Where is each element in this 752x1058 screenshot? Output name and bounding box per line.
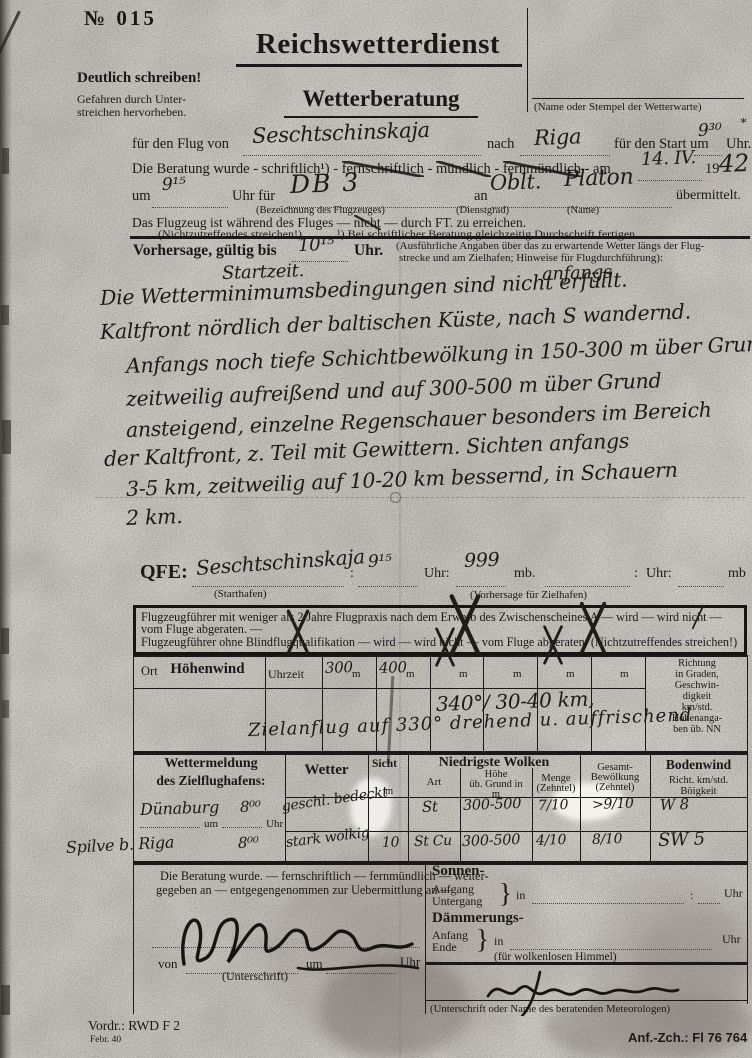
qfe-label: QFE: bbox=[140, 561, 188, 584]
form-number: № 015 bbox=[84, 6, 157, 31]
wind-value: SW 5 bbox=[658, 828, 706, 851]
unit-m-label: m bbox=[620, 668, 629, 680]
dotted-entry-line bbox=[532, 902, 684, 904]
um-label: um bbox=[204, 818, 218, 830]
qfe-start-caption: (Starthafen) bbox=[214, 588, 267, 600]
scan-artifact bbox=[2, 420, 11, 454]
strike-x-mark bbox=[540, 624, 566, 666]
aircraft-value: DB 3 bbox=[289, 168, 360, 199]
art-value: St bbox=[422, 797, 438, 816]
wettermeldung-header: des Zielflughafens: bbox=[143, 773, 279, 789]
hoehenwind-uhrzeit-header: Uhrzeit bbox=[268, 667, 304, 682]
brace-glyph: } bbox=[476, 924, 489, 955]
uhr-label: Uhr bbox=[722, 932, 741, 947]
print-code: Anf.-Zch.: Fl 76 764 bbox=[628, 1030, 747, 1045]
unit-m-label: m bbox=[566, 668, 575, 680]
unit-m-label: m bbox=[352, 668, 361, 680]
dotted-entry-line bbox=[192, 585, 344, 587]
flight-from-label: für den Flug von bbox=[132, 136, 229, 153]
start-time-value: 9³⁰ bbox=[698, 120, 722, 141]
station-stamp-caption: (Name oder Stempel der Wetterwarte) bbox=[534, 101, 702, 113]
table-border-thick bbox=[133, 751, 748, 755]
richtung-header: digkeit bbox=[648, 691, 746, 702]
wettermeldung-header: Wettermeldung bbox=[143, 756, 279, 772]
dotted-entry-line bbox=[456, 585, 506, 587]
underline-hint: streichen hervorheben. bbox=[77, 105, 186, 120]
in-label: in bbox=[516, 888, 525, 903]
uhr-label: Uhr bbox=[266, 818, 283, 830]
menge-value: 4/10 bbox=[536, 832, 567, 849]
unit-m-label: m bbox=[406, 668, 415, 680]
uebermittelt-label: übermittelt. bbox=[676, 188, 741, 204]
strike-slash-mark bbox=[690, 604, 706, 630]
time-value: 8⁰⁰ bbox=[238, 833, 259, 852]
unit-m-label: m bbox=[459, 668, 468, 680]
table-border bbox=[133, 655, 748, 657]
forecast-caption: (Ausführliche Angaben über das zu erwart… bbox=[396, 240, 704, 252]
dotted-entry-line bbox=[140, 826, 200, 828]
brace-glyph: } bbox=[499, 878, 512, 909]
table-border bbox=[425, 1000, 748, 1001]
table-vline bbox=[645, 655, 646, 751]
qfe-time-value: 9¹⁵ bbox=[368, 551, 392, 572]
scan-artifact bbox=[1, 305, 9, 325]
option-muendlich: mündlich bbox=[436, 161, 491, 177]
meteorologist-caption: (Unterschrift oder Name des beratenden M… bbox=[430, 1003, 670, 1015]
bodenwind-header: Bodenwind bbox=[650, 757, 747, 773]
art-value: St Cu bbox=[414, 833, 452, 850]
uhr-fuer-label: Uhr für bbox=[232, 188, 275, 205]
richtung-header: Geschwin- bbox=[648, 680, 746, 691]
flight-to-label: nach bbox=[487, 136, 514, 153]
year-prefix: 19 bbox=[705, 161, 720, 178]
valid-until-value: 10¹⁵ bbox=[298, 234, 335, 256]
richtung-header: Richtung bbox=[648, 658, 746, 669]
sunset-label: Untergang bbox=[432, 894, 482, 909]
forecast-caption: strecke und am Zielhafen; Hinweise für F… bbox=[399, 252, 663, 264]
dotted-entry-line bbox=[510, 948, 712, 950]
qfe-uhr2-label: Uhr: bbox=[646, 566, 672, 582]
page-subtitle: Wetterberatung bbox=[276, 86, 486, 112]
briefing-date-value: 14. IV. bbox=[641, 147, 697, 170]
dotted-entry-line bbox=[243, 154, 481, 156]
altitude-value: 300 bbox=[325, 658, 353, 677]
sicht-value: 10 bbox=[382, 834, 400, 851]
qfe-station-value: Seschtschinskaja bbox=[195, 544, 365, 580]
flight-to-value: Riga bbox=[534, 124, 582, 150]
unit-m-label: m bbox=[513, 668, 522, 680]
name-caption: (Name) bbox=[567, 205, 599, 216]
dotted-entry-line bbox=[152, 206, 228, 208]
beratung-forward-line: gegeben an — entgegengenommen zur Ueberm… bbox=[156, 883, 453, 898]
station-value: Spilve b. Riga bbox=[66, 832, 175, 857]
uhr-label: Uhr bbox=[724, 886, 743, 901]
forecast-label: Vorhersage, gültig bis bbox=[133, 242, 277, 260]
dash: - bbox=[427, 161, 432, 177]
wetter-value: stark wolkig bbox=[285, 825, 370, 851]
table-vline bbox=[133, 655, 134, 751]
colon: : bbox=[634, 566, 638, 582]
page-title: Reichswetterdienst bbox=[228, 28, 528, 61]
table-vline bbox=[747, 754, 748, 862]
sicht-header: Sicht bbox=[372, 758, 397, 770]
scan-artifact bbox=[2, 700, 9, 718]
dotted-entry-line bbox=[698, 902, 720, 904]
hoehenwind-title: Höhenwind bbox=[150, 661, 265, 678]
scan-artifact bbox=[1, 985, 10, 1015]
time-value: 8⁰⁰ bbox=[240, 797, 261, 816]
hoehe-value: 300-500 bbox=[463, 796, 522, 814]
in-label: in bbox=[494, 934, 503, 949]
form-date: Febr. 40 bbox=[90, 1035, 121, 1045]
table-vline bbox=[376, 655, 377, 751]
strike-x-mark bbox=[578, 600, 608, 656]
dotted-entry-line bbox=[545, 585, 630, 587]
station-caption-line bbox=[532, 98, 744, 99]
table-vline bbox=[368, 754, 369, 862]
strike-x-mark bbox=[285, 608, 311, 656]
year-value: 42 bbox=[719, 149, 750, 178]
asterisk-mark: * bbox=[740, 116, 747, 132]
qfe-target-caption: (Vorhersage für Zielhafen) bbox=[470, 589, 587, 601]
hoehe-value: 300-500 bbox=[462, 832, 521, 850]
name-value: Platon bbox=[564, 165, 634, 192]
table-border-thick bbox=[425, 962, 748, 965]
form-reference: Vordr.: RWD F 2 bbox=[88, 1018, 180, 1034]
table-vline bbox=[747, 655, 748, 751]
gesamt-header: (Zehntel) bbox=[580, 782, 650, 793]
fold-crease-hole bbox=[390, 492, 401, 503]
qfe-mb-label: mb. bbox=[514, 566, 535, 582]
bodenwind-subheader: Richt. km/std. bbox=[650, 775, 747, 786]
strike-x-mark bbox=[432, 626, 458, 668]
wind-value: W 8 bbox=[660, 795, 689, 814]
dotted-entry-line bbox=[638, 179, 702, 181]
gesamt-value: >9/10 bbox=[592, 796, 634, 813]
qfe-pressure-value: 999 bbox=[464, 549, 500, 572]
station-value: Dünaburg bbox=[140, 797, 220, 819]
table-vline bbox=[747, 864, 748, 1004]
station-box-line bbox=[527, 8, 528, 112]
richtung-header: in Graden, bbox=[648, 669, 746, 680]
dotted-entry-line bbox=[678, 585, 724, 587]
art-header: Art bbox=[408, 776, 460, 788]
forecast-uhr-label: Uhr. bbox=[354, 242, 383, 260]
rank-value: Oblt. bbox=[490, 169, 542, 195]
gesamt-value: 8/10 bbox=[592, 831, 623, 848]
section-rule bbox=[130, 236, 750, 239]
dotted-entry-line bbox=[358, 585, 418, 587]
flight-from-value: Seschtschinskaja bbox=[252, 118, 431, 148]
qfe-mb2-label: mb bbox=[728, 566, 746, 582]
scan-artifact bbox=[2, 148, 9, 174]
table-vline bbox=[133, 864, 134, 1014]
dotted-entry-line bbox=[520, 154, 610, 156]
twilight-end-label: Ende bbox=[432, 940, 457, 955]
menge-value: 7/10 bbox=[538, 797, 569, 814]
qfe-uhr-label: Uhr: bbox=[424, 566, 450, 582]
menge-header: (Zehntel) bbox=[532, 783, 580, 794]
forecast-line: 2 km. bbox=[126, 504, 183, 530]
scan-artifact bbox=[1, 628, 9, 654]
title-underline bbox=[236, 64, 522, 67]
an-label: an bbox=[474, 188, 488, 205]
wetter-header: Wetter bbox=[285, 762, 368, 779]
colon: : bbox=[690, 888, 693, 903]
pilot-signature bbox=[168, 898, 438, 988]
weather-briefing-form: № 015 Reichswetterdienst Deutlich schrei… bbox=[0, 0, 752, 1058]
strike-note: (Nichtzutreffendes streichen!) bbox=[158, 227, 302, 242]
colon: : bbox=[350, 566, 354, 582]
write-clearly-note: Deutlich schreiben! bbox=[77, 70, 201, 87]
subtitle-underline bbox=[284, 116, 478, 118]
um-label: um bbox=[132, 188, 151, 205]
briefing-time-value: 9¹⁵ bbox=[162, 174, 186, 195]
altitude-value: 400 bbox=[379, 658, 407, 677]
sun-header: Sonnen- bbox=[432, 863, 485, 880]
dotted-entry-line bbox=[222, 826, 262, 828]
table-vline bbox=[430, 655, 431, 751]
